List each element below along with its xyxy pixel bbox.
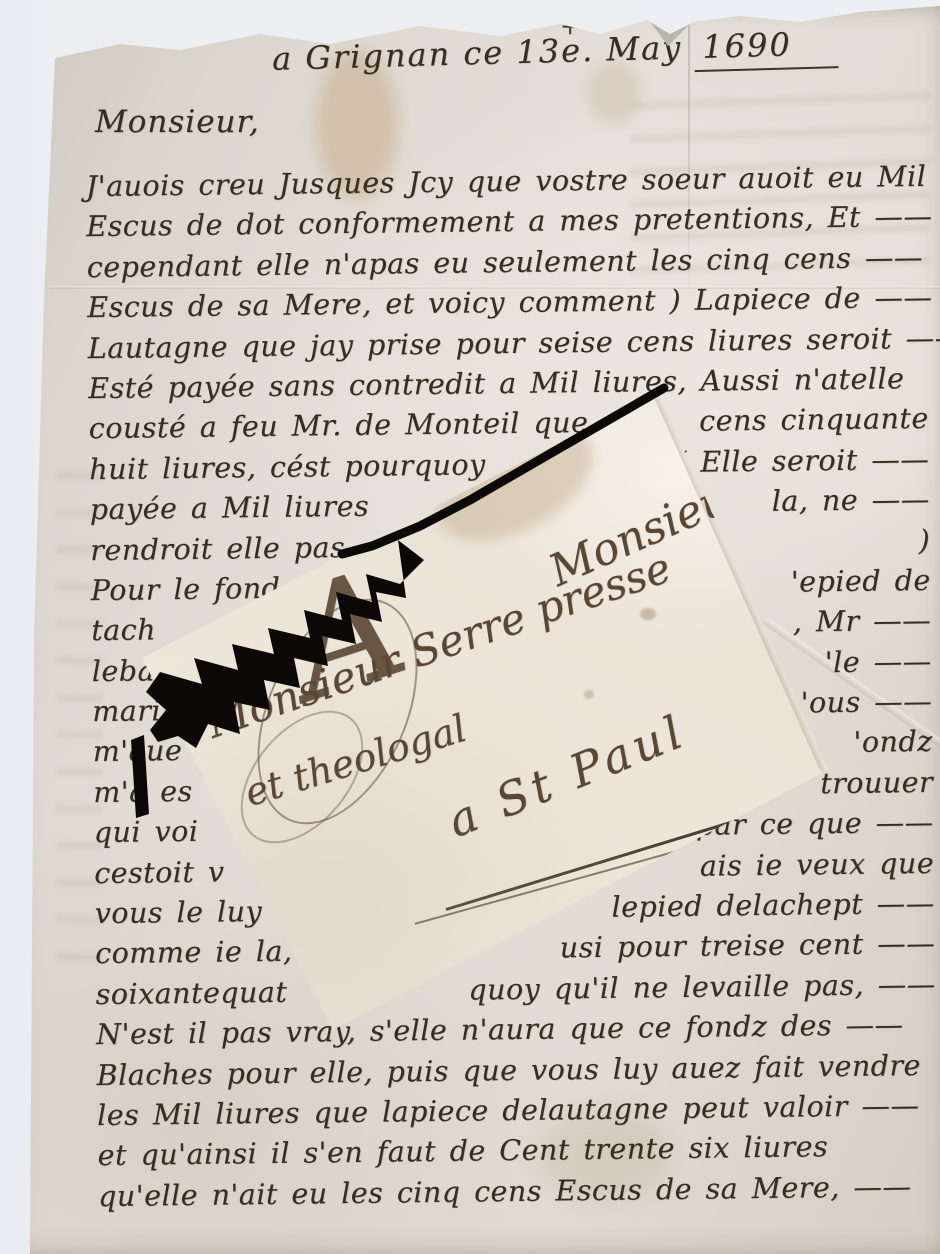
line-right-fragment: la, ne —— bbox=[771, 483, 929, 518]
photograph-of-letter: + a Grignan ce 13e. May 1690 Monsieur, J… bbox=[0, 0, 940, 1254]
line-left-fragment: mari bbox=[92, 694, 161, 728]
line-left-fragment: soixantequat bbox=[95, 976, 287, 1011]
line-left-fragment: cestoit v bbox=[94, 855, 225, 890]
line-right-fragment: cens cinquante bbox=[699, 402, 929, 438]
line-right-fragment: quoy qu'il ne levaille pas, —— bbox=[468, 968, 936, 1007]
dateline: a Grignan ce 13e. May 1690 bbox=[272, 24, 839, 78]
line-left-fragment: J'auois creu Jusques Jcy que vostre soeu… bbox=[86, 160, 927, 203]
line-left-fragment: cousté a feu Mr. de Monteil que bbox=[89, 406, 589, 445]
line-right-fragment: 'ondz bbox=[853, 725, 933, 759]
line-right-fragment: 'epied de bbox=[791, 564, 931, 599]
ink-spot bbox=[584, 690, 594, 699]
line-left-fragment: m'aue bbox=[93, 735, 183, 769]
line-left-fragment: comme ie la, bbox=[95, 935, 293, 970]
line-left-fragment: tach bbox=[91, 614, 156, 648]
line-right-fragment: lepied delachept —— bbox=[611, 887, 935, 924]
line-left-fragment: m'a es bbox=[93, 775, 193, 809]
line-left-fragment: payée a Mil liures bbox=[90, 490, 370, 526]
line-right-fragment: 'ous —— bbox=[800, 685, 932, 720]
line-right-fragment: ais ie veux que bbox=[700, 846, 935, 882]
line-right-fragment: ( Elle seroit —— bbox=[675, 443, 929, 479]
line-right-fragment: , Mr —— bbox=[793, 604, 932, 639]
ink-spot bbox=[640, 608, 656, 620]
line-right-fragment: trouuer bbox=[820, 766, 933, 800]
dateline-place: a Grignan ce 13e. May bbox=[272, 28, 683, 77]
line-left-fragment: vous le luy bbox=[94, 895, 262, 930]
line-left-fragment: rendroit elle pas bbox=[90, 531, 345, 567]
salutation: Monsieur, bbox=[95, 104, 260, 140]
line-right-fragment: usi pour treise cent —— bbox=[560, 927, 936, 965]
line-left-fragment: qui voi bbox=[94, 815, 199, 849]
line-right-fragment: ) bbox=[918, 523, 930, 556]
line-right-fragment: 'le —— bbox=[825, 645, 932, 679]
line-left-fragment: huit liures, cést pourquoy bbox=[89, 448, 486, 486]
dateline-year: 1690 bbox=[694, 24, 839, 72]
